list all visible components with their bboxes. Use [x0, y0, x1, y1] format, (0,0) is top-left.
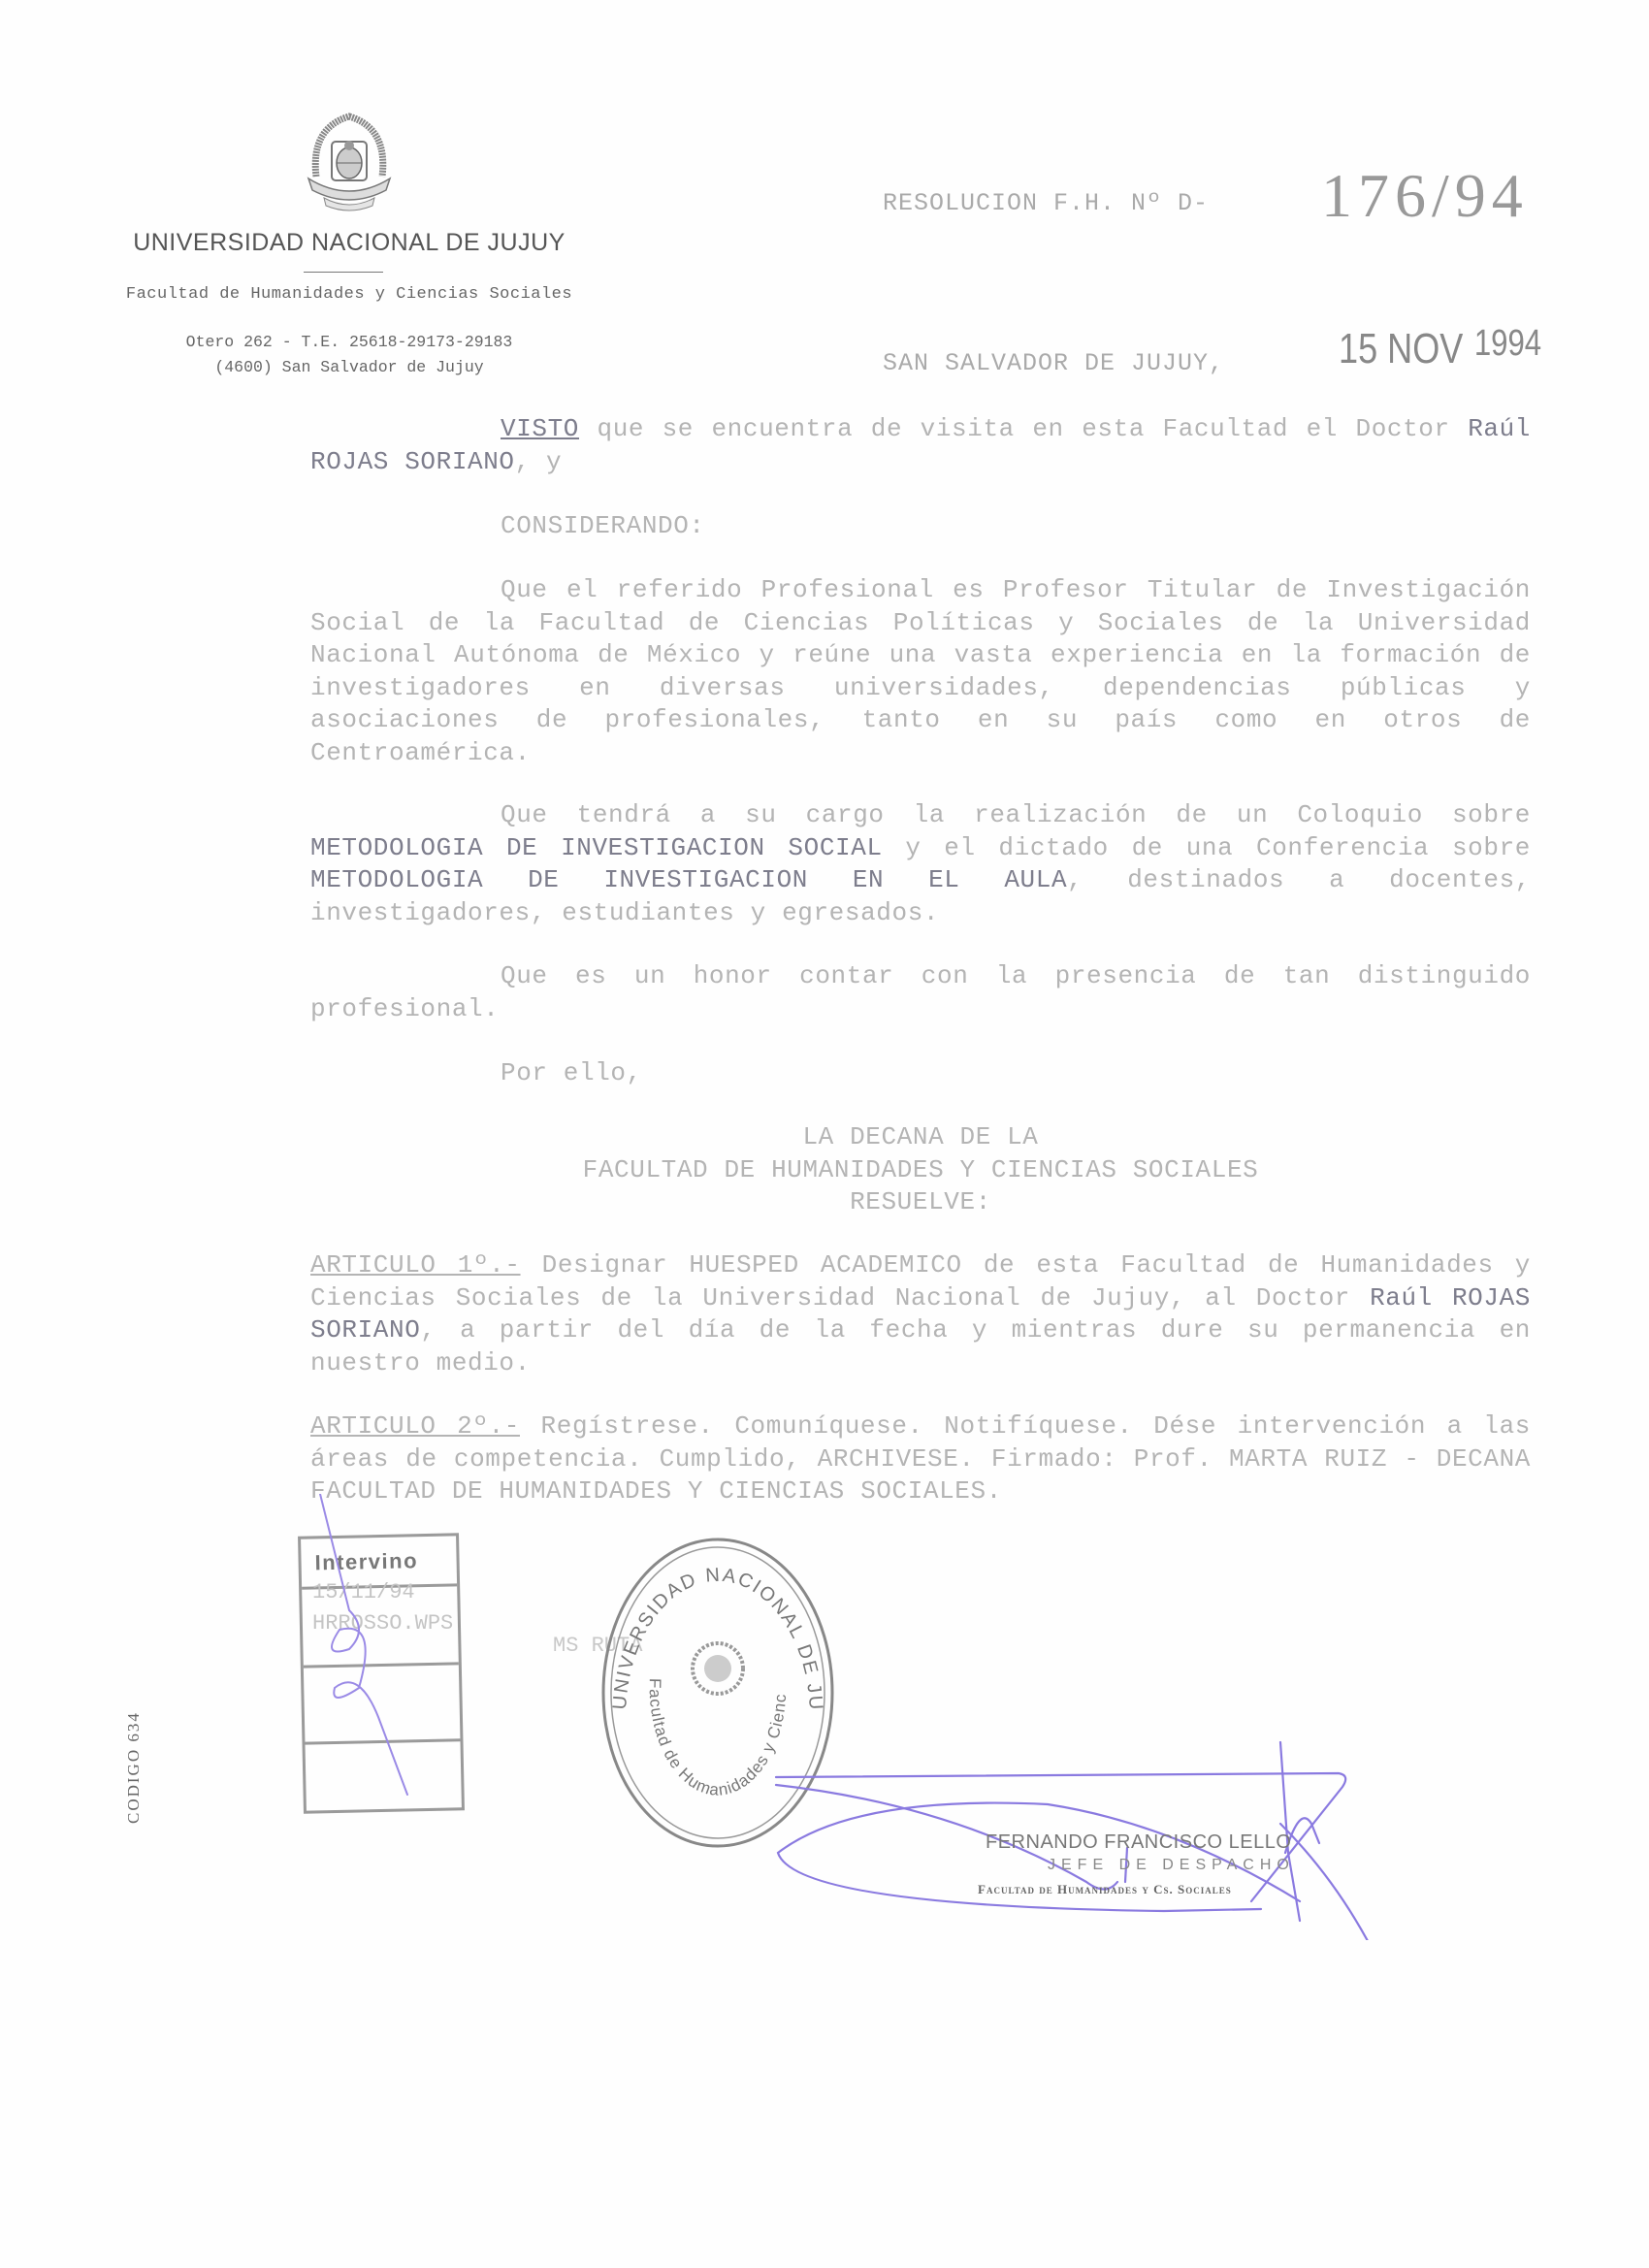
conference-topic: METODOLOGIA DE INVESTIGACION EN EL AULA — [310, 865, 1067, 894]
faculty-name: Facultad de Humanidades y Ciencias Socia… — [97, 285, 601, 304]
authority-line-3: RESUELVE: — [310, 1186, 1531, 1219]
address-line-1: Otero 262 - T.E. 25618-29173-29183 — [116, 330, 582, 355]
resolution-document: UNIVERSIDAD NACIONAL DE JUJUY Facultad d… — [0, 0, 1649, 2268]
authority-line-1: LA DECANA DE LA — [310, 1121, 1531, 1154]
university-name: UNIVERSIDAD NACIONAL DE JUJUY — [107, 229, 592, 257]
address-block: Otero 262 - T.E. 25618-29173-29183 (4600… — [116, 330, 582, 380]
signatory-title: JEFE DE DESPACHO — [1048, 1857, 1295, 1874]
authority-line-2: FACULTAD DE HUMANIDADES Y CIENCIAS SOCIA… — [310, 1154, 1531, 1187]
paragraph-2-a: Que tendrá a su cargo la realización de … — [501, 800, 1531, 829]
visto-text: que se encuentra de visita en esta Facul… — [579, 414, 1468, 443]
handwritten-signature — [757, 1707, 1377, 1940]
university-crest-icon — [303, 109, 396, 215]
date-stamp: 15 NOV1994 — [1339, 325, 1541, 373]
colloquium-topic: METODOLOGIA DE INVESTIGACION SOCIAL — [310, 833, 883, 862]
considerando-heading: CONSIDERANDO: — [310, 510, 1531, 543]
address-line-2: (4600) San Salvador de Jujuy — [116, 355, 582, 380]
article-1: ARTICULO 1º.- Designar HUESPED ACADEMICO… — [310, 1249, 1531, 1379]
considerando-text: CONSIDERANDO: — [310, 510, 1531, 543]
initials-scribble — [291, 1494, 456, 1804]
date-year: 1994 — [1474, 323, 1541, 364]
resolution-number: 176/94 — [1321, 160, 1529, 232]
por-ello-text: Por ello, — [310, 1057, 1531, 1090]
considerando-paragraph-2: Que tendrá a su cargo la realización de … — [310, 799, 1531, 929]
letterhead-divider — [304, 272, 383, 273]
article-1-label: ARTICULO 1º.- — [310, 1250, 521, 1280]
paragraph-1-text: Que el referido Profesional es Profesor … — [310, 574, 1531, 769]
considerando-paragraph-3: Que es un honor contar con la presencia … — [310, 960, 1531, 1025]
signatory-name: FERNANDO FRANCISCO LELLO — [986, 1831, 1291, 1854]
date-day-month: 15 NOV — [1339, 325, 1463, 373]
visto-end: , y — [515, 447, 563, 476]
visto-paragraph: VISTO que se encuentra de visita en esta… — [310, 413, 1531, 478]
article-2-label: ARTICULO 2º.- — [310, 1411, 520, 1441]
visto-keyword: VISTO — [501, 414, 579, 443]
considerando-paragraph-1: Que el referido Profesional es Profesor … — [310, 574, 1531, 769]
resolution-label: RESOLUCION F.H. Nº D- — [883, 189, 1209, 217]
por-ello: Por ello, — [310, 1057, 1531, 1090]
authority-block: LA DECANA DE LA FACULTAD DE HUMANIDADES … — [310, 1121, 1531, 1219]
article-1-text-b: , a partir del día de la fecha y mientra… — [310, 1315, 1531, 1377]
signatory-department: Facultad de Humanidades y Cs. Sociales — [978, 1882, 1232, 1897]
article-2: ARTICULO 2º.- Regístrese. Comuníquese. N… — [310, 1410, 1531, 1508]
paragraph-3-text: Que es un honor contar con la presencia … — [310, 960, 1531, 1025]
codigo-label: CODIGO 634 — [124, 1711, 144, 1824]
place-line: SAN SALVADOR DE JUJUY, — [883, 349, 1224, 377]
paragraph-2-b: y el dictado de una Conferencia sobre — [883, 833, 1531, 862]
faculty-seal-icon: UNIVERSIDAD NACIONAL DE JUJUY Facultad d… — [597, 1533, 839, 1853]
svg-text:UNIVERSIDAD NACIONAL DE JUJUY: UNIVERSIDAD NACIONAL DE JUJUY — [597, 1533, 826, 1712]
